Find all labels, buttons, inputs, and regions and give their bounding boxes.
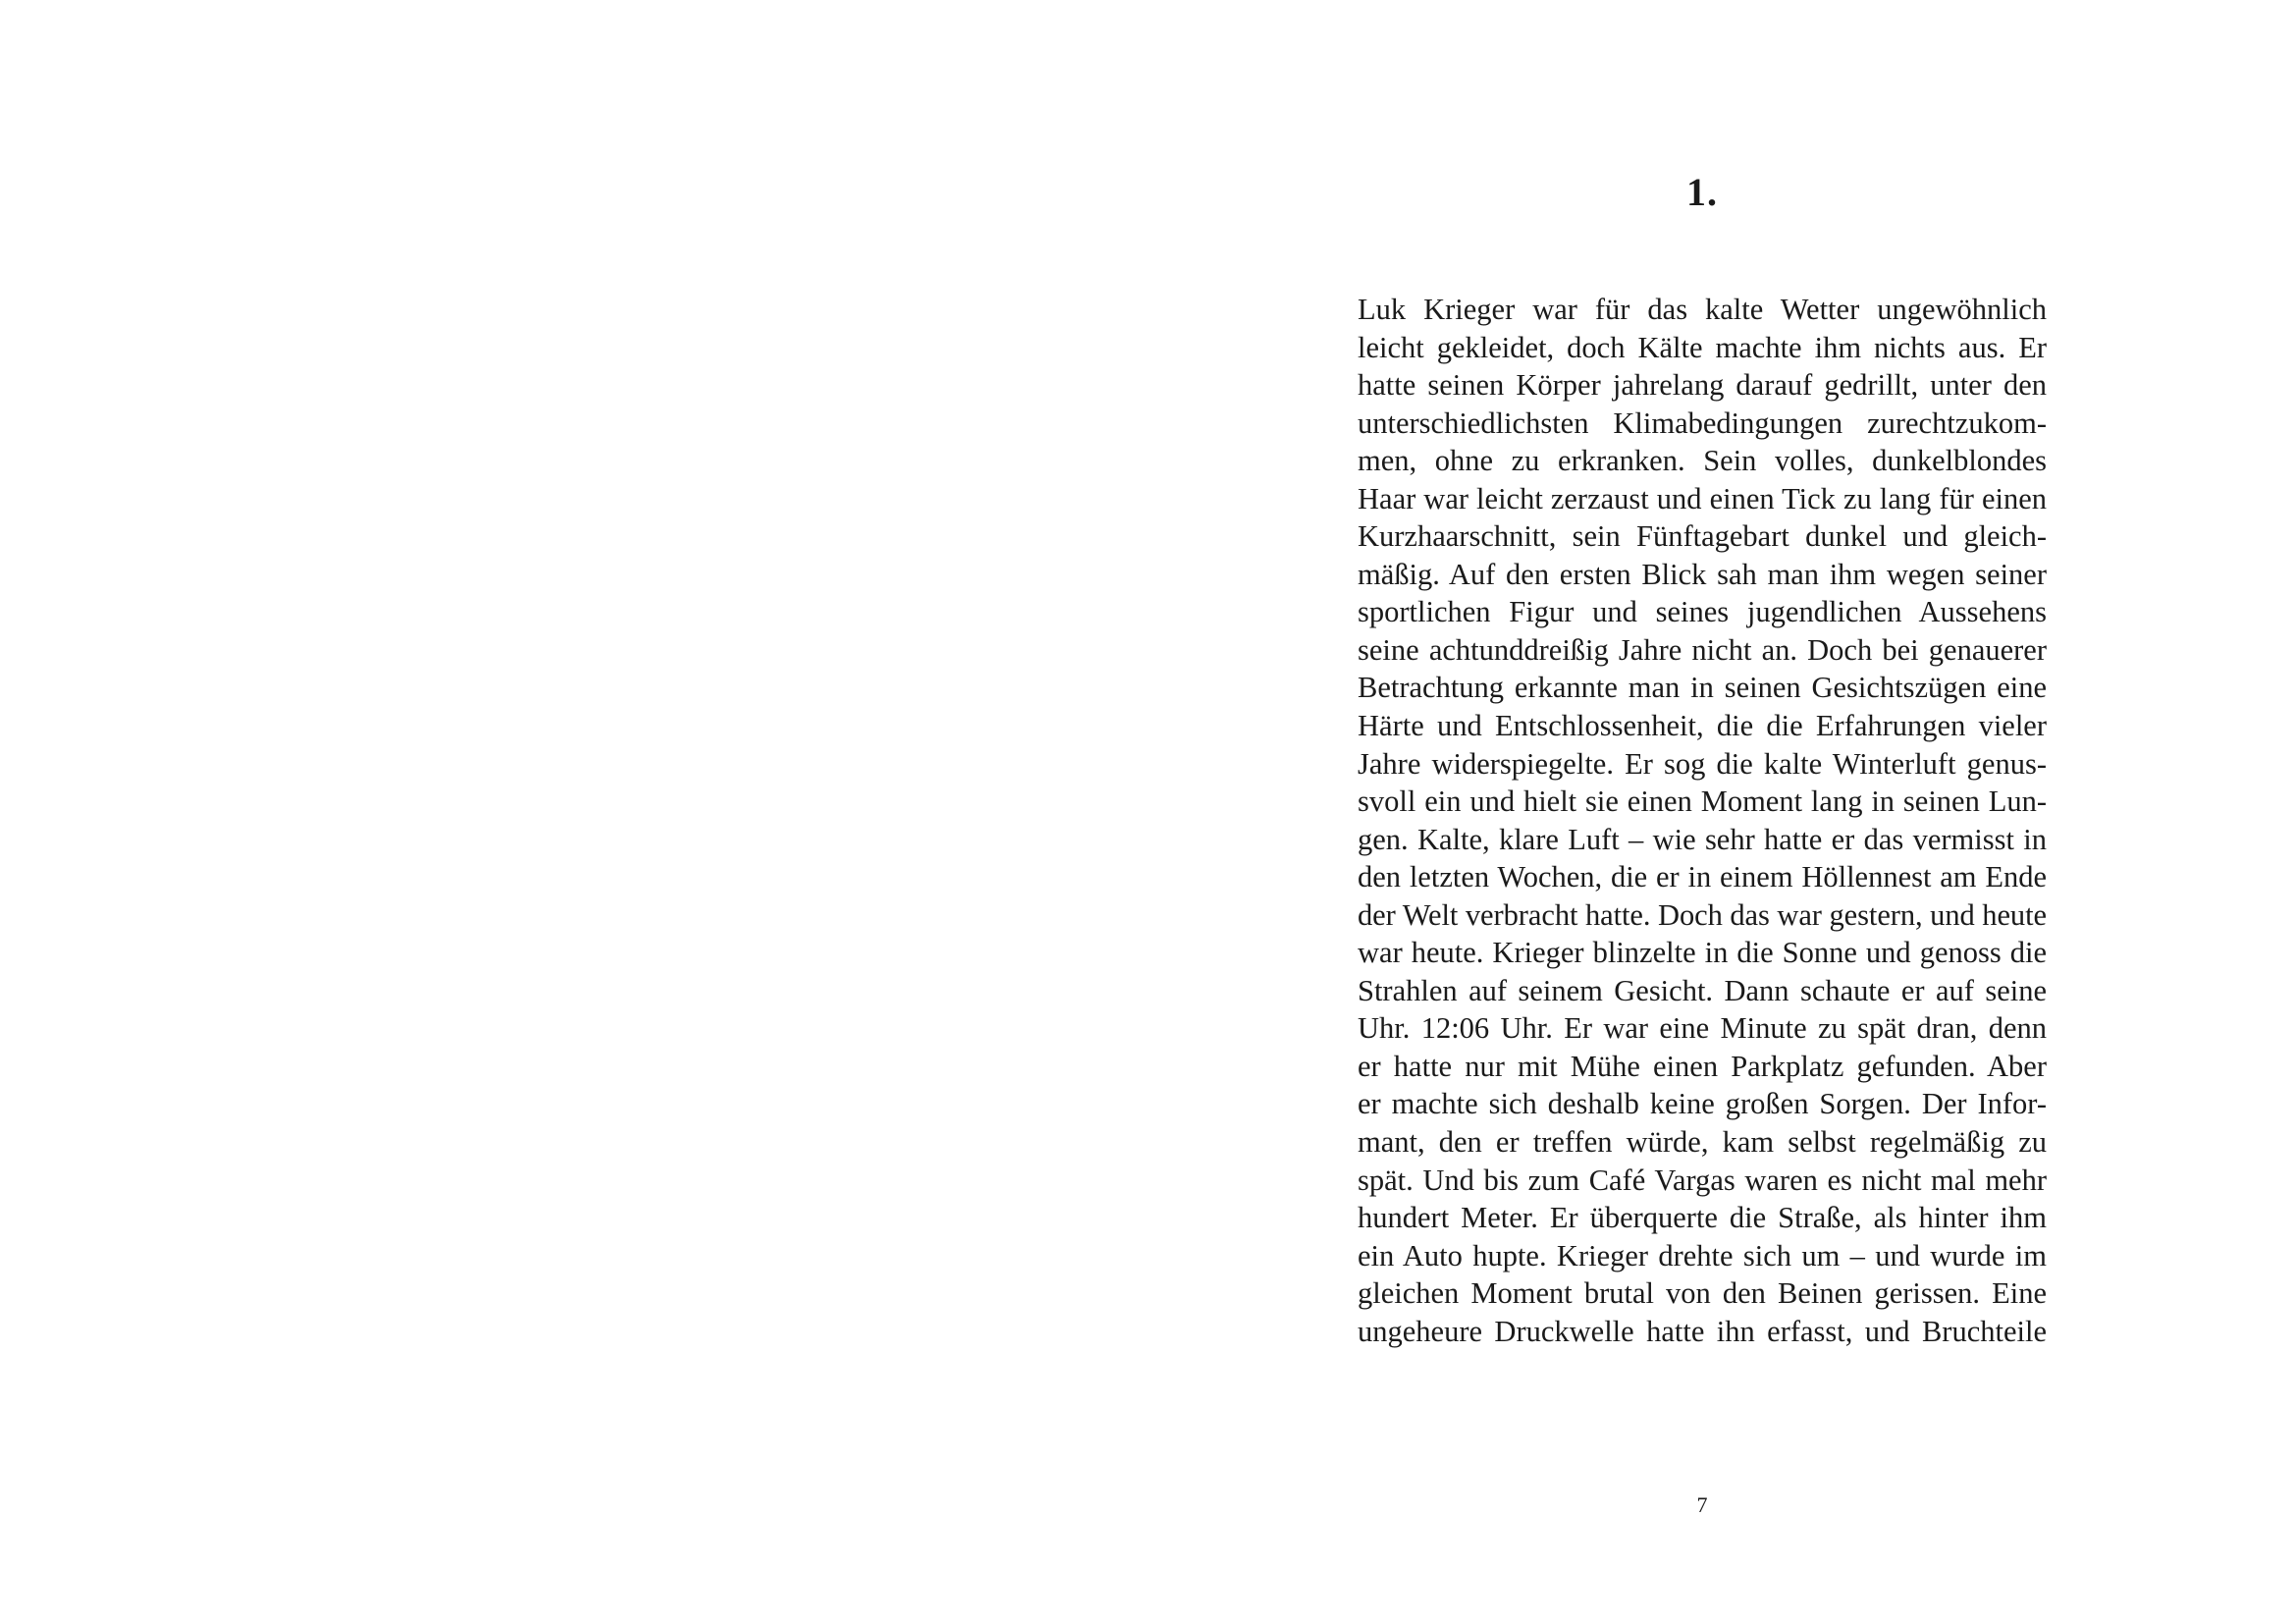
book-spread: 1. Luk Krieger war für das kalte Wetter … [0, 0, 2296, 1624]
text-line: Haar war leicht zerzaust und einen Tick … [1358, 480, 2047, 518]
text-line: Uhr. 12:06 Uhr. Er war eine Minute zu sp… [1358, 1009, 2047, 1048]
text-line: der Welt verbracht hatte. Doch das war g… [1358, 896, 2047, 935]
text-line: er hatte nur mit Mühe einen Parkplatz ge… [1358, 1048, 2047, 1086]
right-page: 1. Luk Krieger war für das kalte Wetter … [1148, 0, 2296, 1624]
text-line: ein Auto hupte. Krieger drehte sich um –… [1358, 1237, 2047, 1275]
text-line: Luk Krieger war für das kalte Wetter ung… [1358, 291, 2047, 329]
text-line: mäßig. Auf den ersten Blick sah man ihm … [1358, 556, 2047, 594]
text-line: ungeheure Druckwelle hatte ihn erfasst, … [1358, 1313, 2047, 1351]
chapter-body-text: Luk Krieger war für das kalte Wetter ung… [1358, 291, 2047, 1350]
text-line: war heute. Krieger blinzelte in die Sonn… [1358, 934, 2047, 972]
text-line: Strahlen auf seinem Gesicht. Dann schaut… [1358, 972, 2047, 1010]
text-line: gen. Kalte, klare Luft – wie sehr hatte … [1358, 821, 2047, 859]
text-line: hundert Meter. Er überquerte die Straße,… [1358, 1199, 2047, 1237]
text-line: seine achtunddreißig Jahre nicht an. Doc… [1358, 631, 2047, 670]
text-line: den letzten Wochen, die er in einem Höll… [1358, 858, 2047, 896]
text-line: sportlichen Figur und seines jugendliche… [1358, 593, 2047, 631]
text-line: hatte seinen Körper jahrelang darauf ged… [1358, 366, 2047, 405]
text-line: Kurzhaarschnitt, sein Fünftagebart dunke… [1358, 517, 2047, 556]
text-line: leicht gekleidet, doch Kälte machte ihm … [1358, 329, 2047, 367]
text-line: Betrachtung erkannte man in seinen Gesic… [1358, 669, 2047, 707]
text-line: gleichen Moment brutal von den Beinen ge… [1358, 1274, 2047, 1313]
text-line: men, ohne zu erkranken. Sein volles, dun… [1358, 442, 2047, 480]
page-number: 7 [1358, 1492, 2047, 1518]
text-line: er machte sich deshalb keine großen Sorg… [1358, 1085, 2047, 1123]
text-line: Jahre widerspiegelte. Er sog die kalte W… [1358, 745, 2047, 784]
text-line: spät. Und bis zum Café Vargas waren es n… [1358, 1162, 2047, 1200]
text-line: svoll ein und hielt sie einen Moment lan… [1358, 783, 2047, 821]
left-page-blank [0, 0, 1148, 1624]
text-line: unterschiedlichsten Klimabedingungen zur… [1358, 405, 2047, 443]
text-line: Härte und Entschlossenheit, die die Erfa… [1358, 707, 2047, 745]
text-line: mant, den er treffen würde, kam selbst r… [1358, 1123, 2047, 1162]
chapter-heading: 1. [1358, 169, 2047, 216]
